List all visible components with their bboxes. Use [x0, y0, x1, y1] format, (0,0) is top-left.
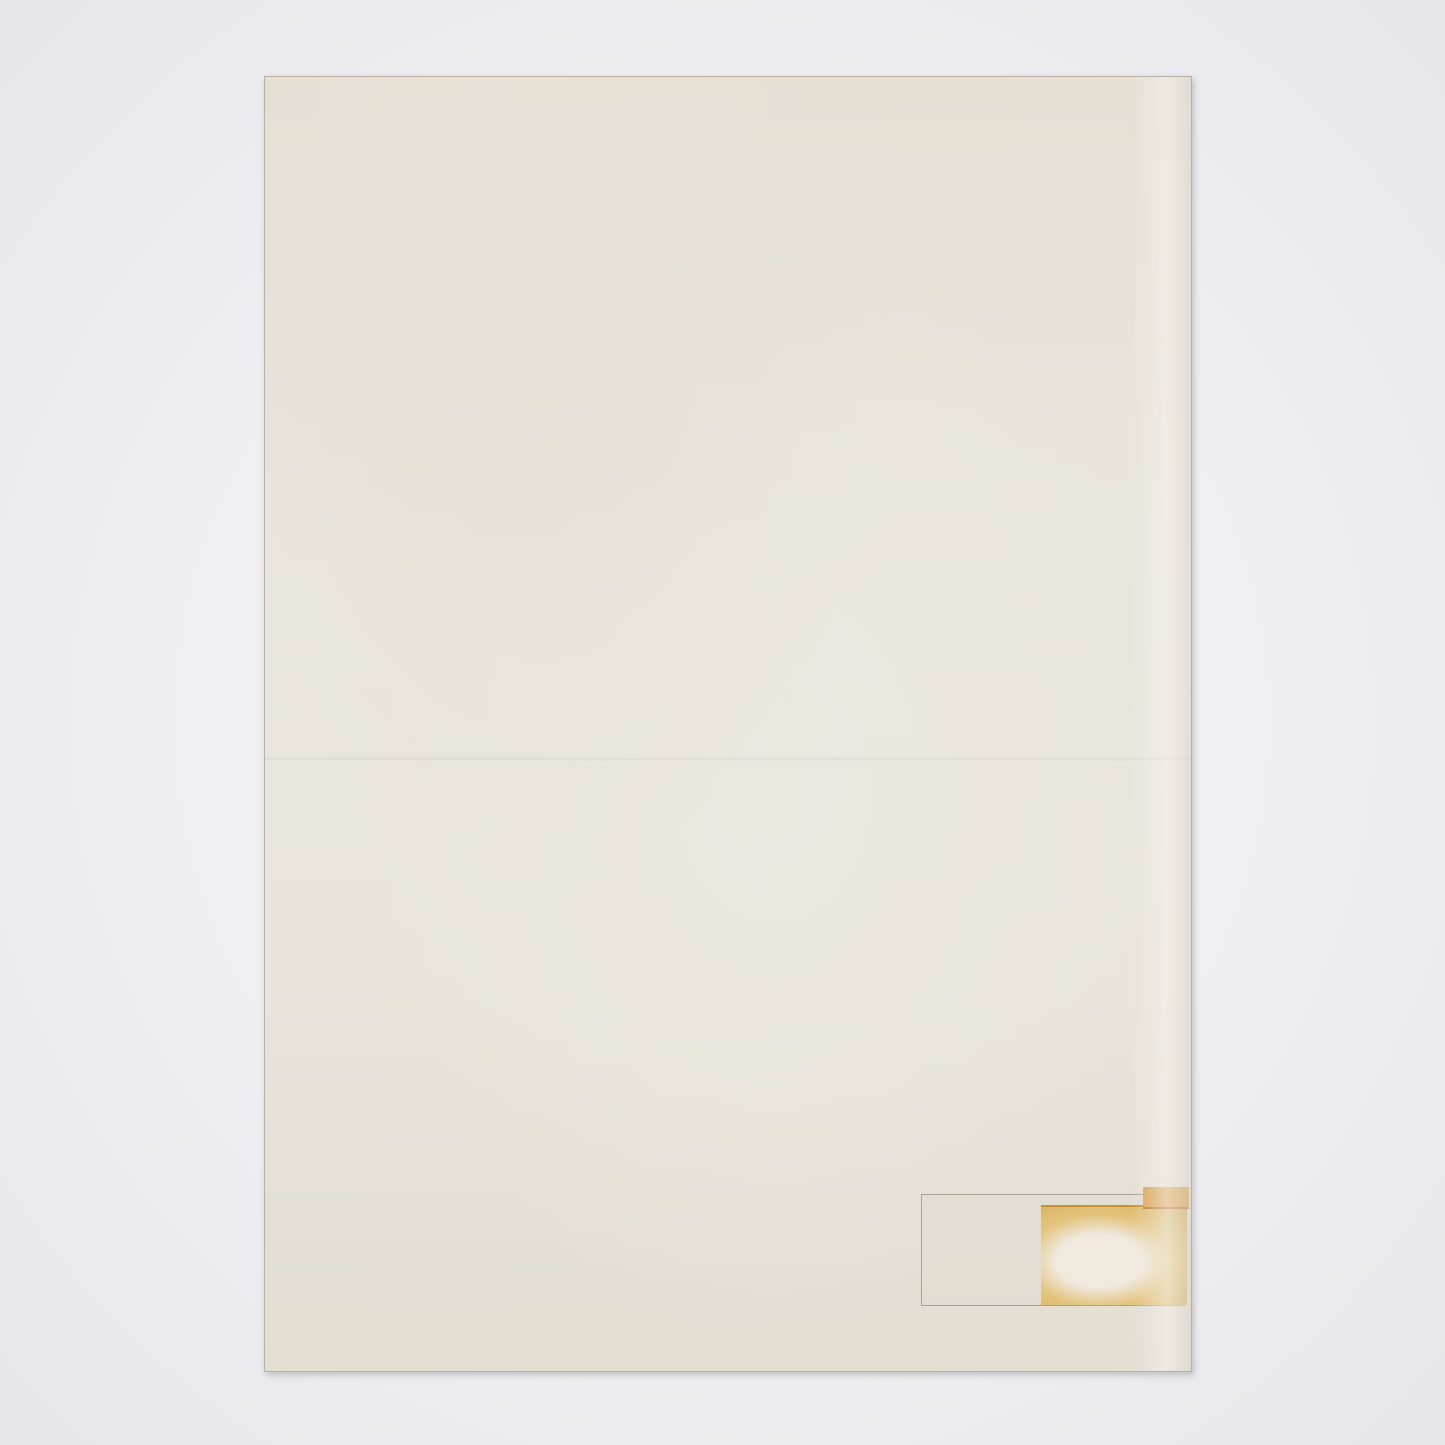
tape-stain: [1041, 1205, 1187, 1305]
tape-tab: [1143, 1187, 1189, 1209]
fold-crease: [265, 757, 1191, 761]
booklet-back-cover: [264, 76, 1192, 1372]
